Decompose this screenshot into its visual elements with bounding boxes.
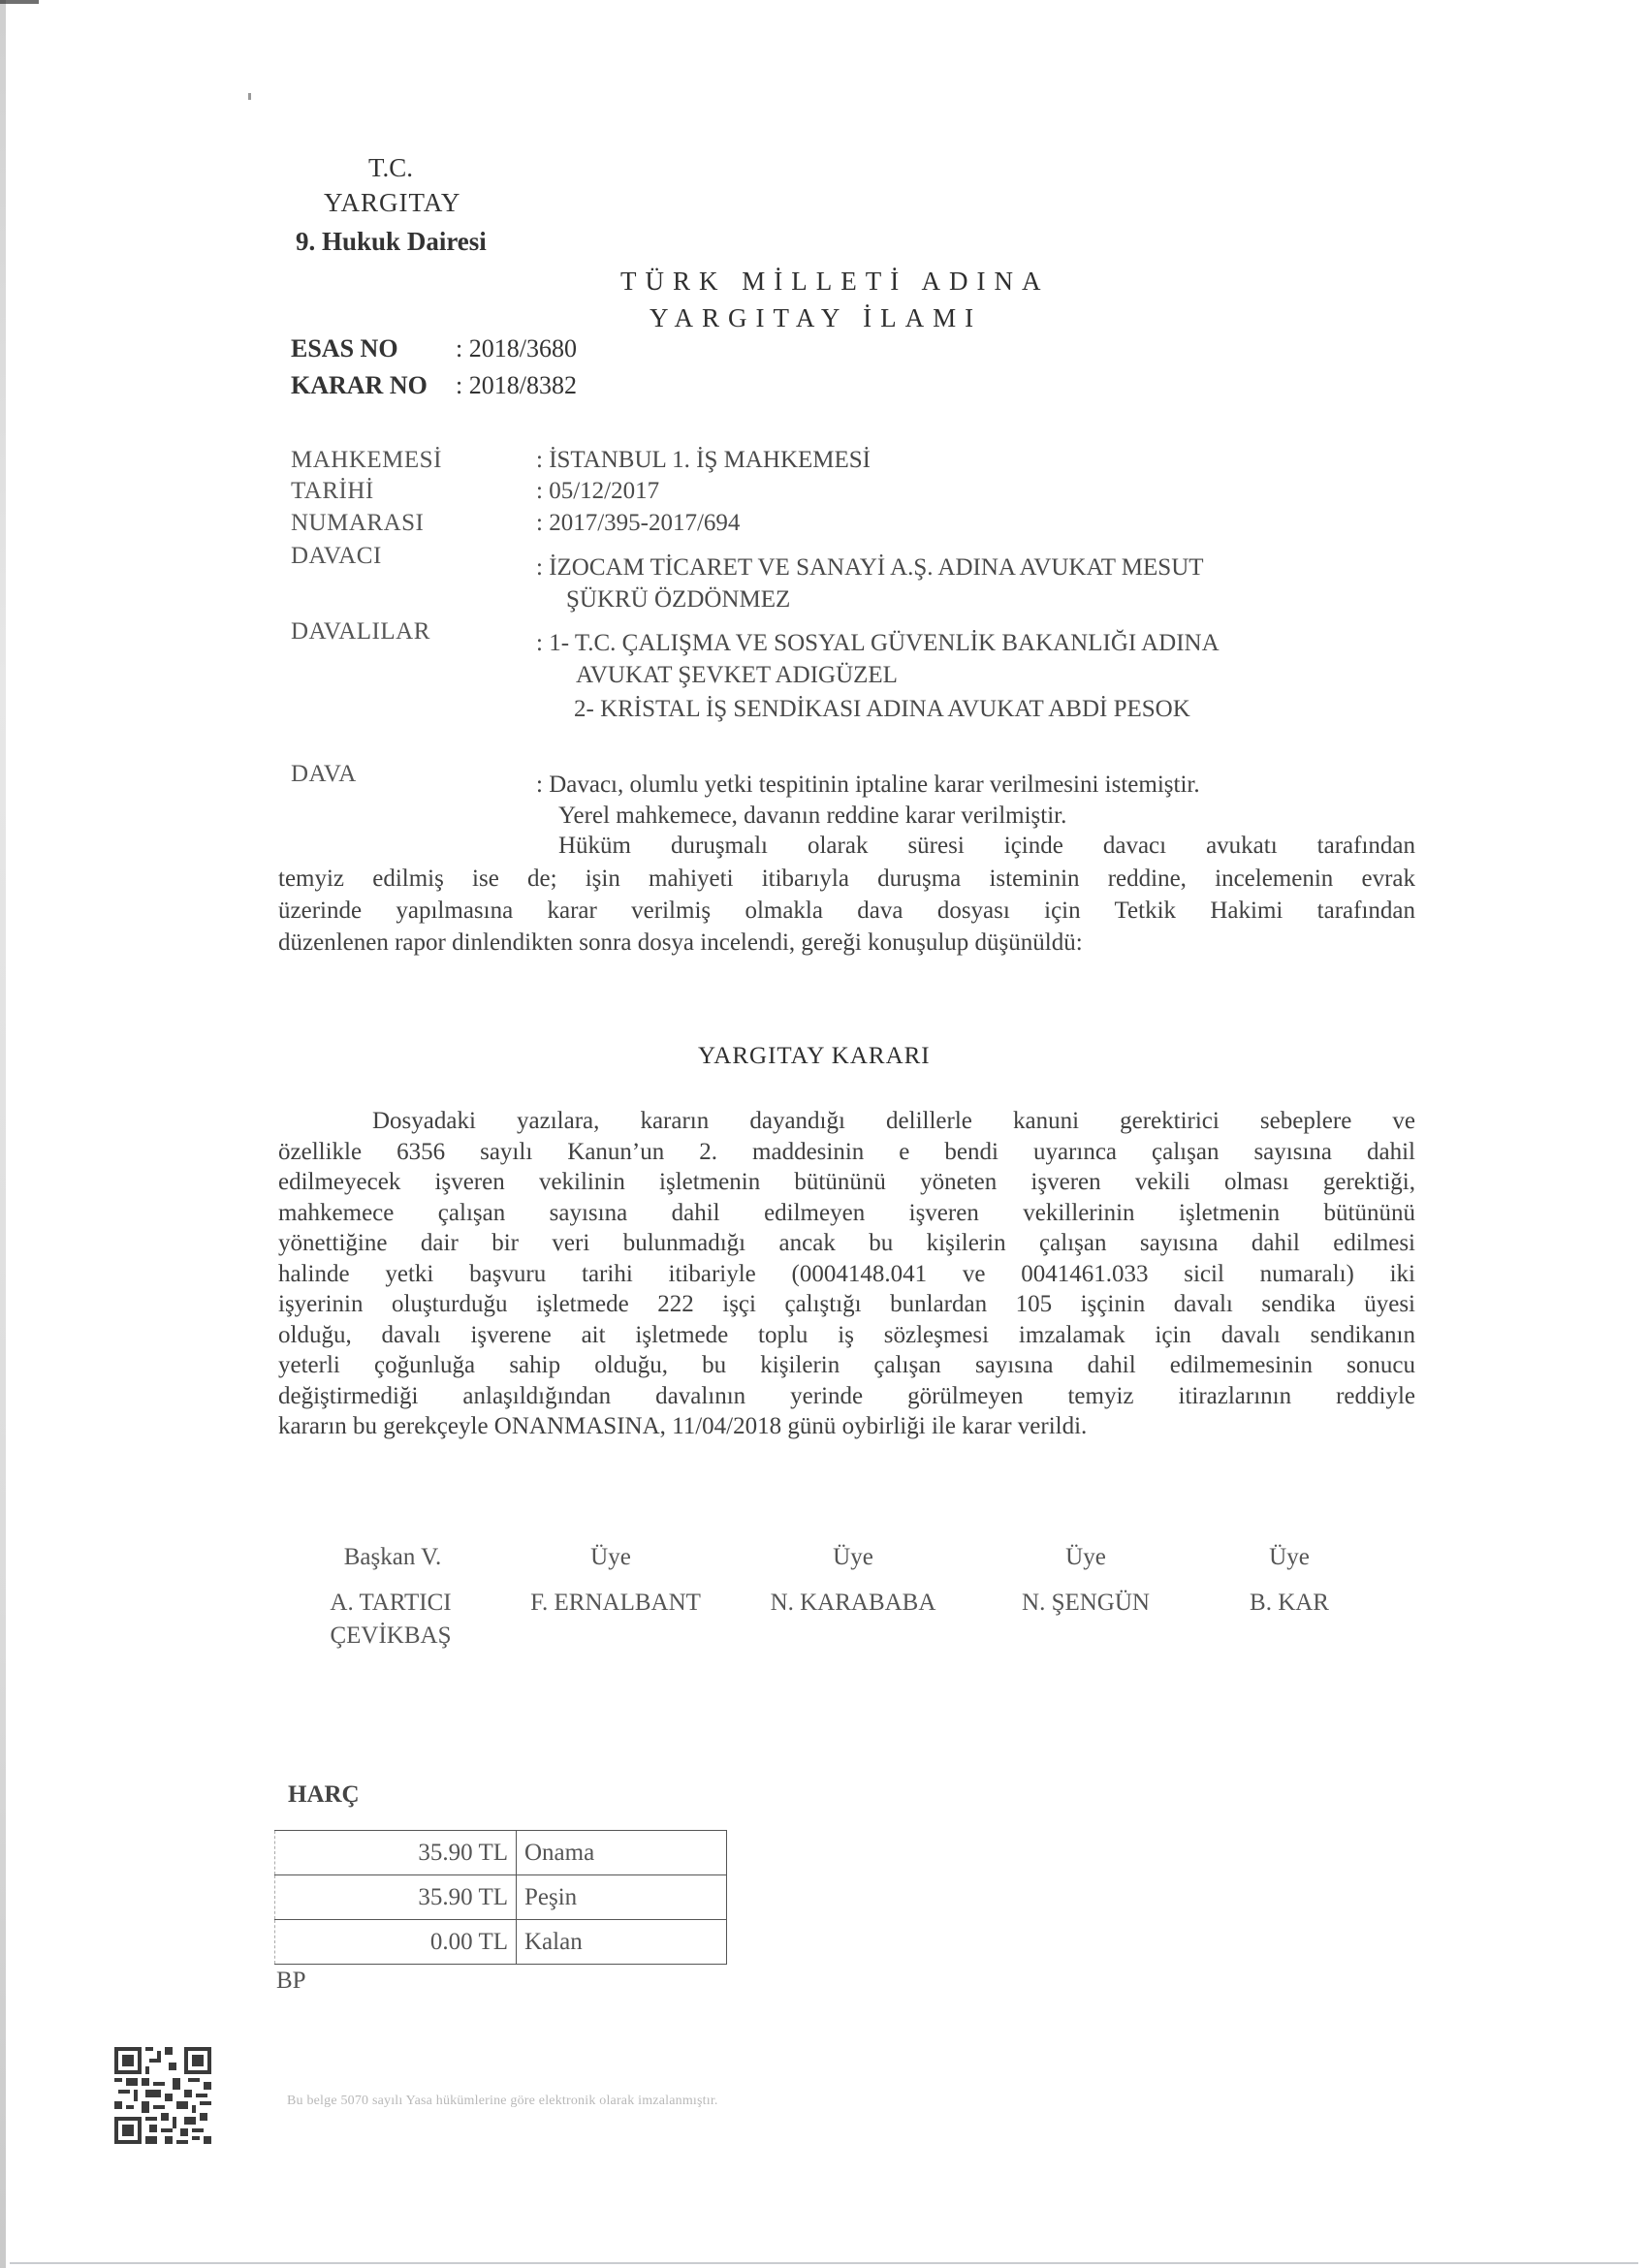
signature-name: A. TARTICI <box>308 1590 473 1617</box>
esas-no: ESAS NO: 2018/3680 <box>291 334 577 363</box>
party-value-tarihi: : 05/12/2017 <box>536 478 659 505</box>
title-line-1: TÜRK MİLLETİ ADINA <box>620 267 1049 297</box>
signature-name: F. ERNALBANT <box>509 1590 722 1617</box>
tc-label: T.C. <box>368 153 413 183</box>
dava-label: DAVA <box>291 761 357 788</box>
party-value-davalilar-1: : 1- T.C. ÇALIŞMA VE SOSYAL GÜVENLİK BAK… <box>536 630 1220 657</box>
fee-amount: 35.90 TL <box>275 1831 517 1875</box>
fees-table: 35.90 TL Onama 35.90 TL Peşin 0.00 TL Ka… <box>274 1830 727 1965</box>
fee-label: Peşin <box>517 1875 727 1920</box>
party-label-mahkemesi: MAHKEMESİ <box>291 447 442 474</box>
karar-value: : 2018/8382 <box>456 371 577 399</box>
electronic-signature-notice: Bu belge 5070 sayılı Yasa hükümlerine gö… <box>287 2094 718 2109</box>
decision-title: YARGITAY KARARI <box>698 1043 931 1070</box>
party-value-davaci-1: : İZOCAM TİCARET VE SANAYİ A.Ş. ADINA AV… <box>536 554 1204 582</box>
fee-amount: 35.90 TL <box>275 1875 517 1920</box>
scan-speck <box>248 93 251 100</box>
table-row: 35.90 TL Peşin <box>275 1875 727 1920</box>
decision-line: yeterli çoğunluğa sahip olduğu, bu kişil… <box>278 1351 1415 1380</box>
fee-label: Kalan <box>517 1920 727 1965</box>
party-value-numarasi: : 2017/395-2017/694 <box>536 510 740 537</box>
fees-note: BP <box>276 1968 306 1995</box>
esas-value: : 2018/3680 <box>456 334 577 362</box>
table-row: 35.90 TL Onama <box>275 1831 727 1875</box>
party-label-tarihi: TARİHİ <box>291 478 374 505</box>
decision-line: mahkemece çalışan sayısına dahil edilmey… <box>278 1199 1415 1228</box>
karar-label: KARAR NO <box>291 371 456 400</box>
decision-line: Dosyadaki yazılara, kararın dayandığı de… <box>372 1107 1415 1136</box>
signature-role: Üye <box>785 1544 921 1571</box>
dava-line-1: : Davacı, olumlu yetki tespitinin iptali… <box>536 771 1200 800</box>
fee-label: Onama <box>517 1831 727 1875</box>
table-row: 0.00 TL Kalan <box>275 1920 727 1965</box>
signature-role: Başkan V. <box>315 1544 470 1571</box>
party-value-davalilar-3: 2- KRİSTAL İŞ SENDİKASI ADINA AVUKAT ABD… <box>574 696 1190 723</box>
party-label-davalilar: DAVALILAR <box>291 618 430 646</box>
decision-line: işyerinin oluşturduğu işletmede 222 işçi… <box>278 1290 1415 1319</box>
decision-line: değiştirmediği anlaşıldığından davalının… <box>278 1382 1415 1411</box>
signature-role: Üye <box>543 1544 679 1571</box>
dava-paragraph-line: temyiz edilmiş ise de; işin mahiyeti iti… <box>278 865 1415 894</box>
party-value-davaci-2: ŞÜKRÜ ÖZDÖNMEZ <box>566 586 790 614</box>
dava-paragraph-last: düzenlenen rapor dinlendikten sonra dosy… <box>278 929 1083 958</box>
signature-role: Üye <box>1231 1544 1347 1571</box>
dava-line-2: Yerel mahkemece, davanın reddine karar v… <box>558 802 1066 831</box>
party-value-mahkemesi: : İSTANBUL 1. İŞ MAHKEMESİ <box>536 447 871 474</box>
chamber-name: 9. Hukuk Dairesi <box>296 227 487 257</box>
decision-line: olduğu, davalı işverene ait işletmede to… <box>278 1321 1415 1350</box>
dava-paragraph-line: üzerinde yapılmasına karar verilmiş olma… <box>278 897 1415 926</box>
karar-no: KARAR NO: 2018/8382 <box>291 371 577 400</box>
esas-label: ESAS NO <box>291 334 456 363</box>
signature-name-2: ÇEVİKBAŞ <box>308 1622 473 1650</box>
party-value-davalilar-2: AVUKAT ŞEVKET ADIGÜZEL <box>576 662 898 689</box>
decision-line: edilmeyecek işveren vekilinin işletmenin… <box>278 1168 1415 1197</box>
decision-line: yönettiğine dair bir veri bulunmadığı an… <box>278 1229 1415 1258</box>
qr-code-icon <box>113 2047 212 2144</box>
party-label-numarasi: NUMARASI <box>291 510 424 537</box>
party-label-davaci: DAVACI <box>291 543 382 570</box>
fee-amount: 0.00 TL <box>275 1920 517 1965</box>
signature-name: N. KARABABA <box>746 1590 960 1617</box>
title-line-2: YARGITAY İLAMI <box>650 303 982 333</box>
decision-line: özellikle 6356 sayılı Kanun’un 2. maddes… <box>278 1138 1415 1167</box>
fees-title: HARÇ <box>288 1781 360 1809</box>
decision-last-line: kararın bu gerekçeyle ONANMASINA, 11/04/… <box>278 1412 1087 1441</box>
scan-corner <box>0 0 39 4</box>
dava-paragraph-first: Hüküm duruşmalı olarak süresi içinde dav… <box>558 832 1415 861</box>
scan-edge <box>0 0 6 2268</box>
court-name: YARGITAY <box>324 188 460 218</box>
signature-role: Üye <box>1018 1544 1154 1571</box>
decision-line: halinde yetki başvuru tarihi itibariyle … <box>278 1260 1415 1289</box>
signature-name: B. KAR <box>1226 1590 1352 1617</box>
signature-name: N. ŞENGÜN <box>989 1590 1183 1617</box>
scan-bottom-line <box>10 2262 1638 2264</box>
